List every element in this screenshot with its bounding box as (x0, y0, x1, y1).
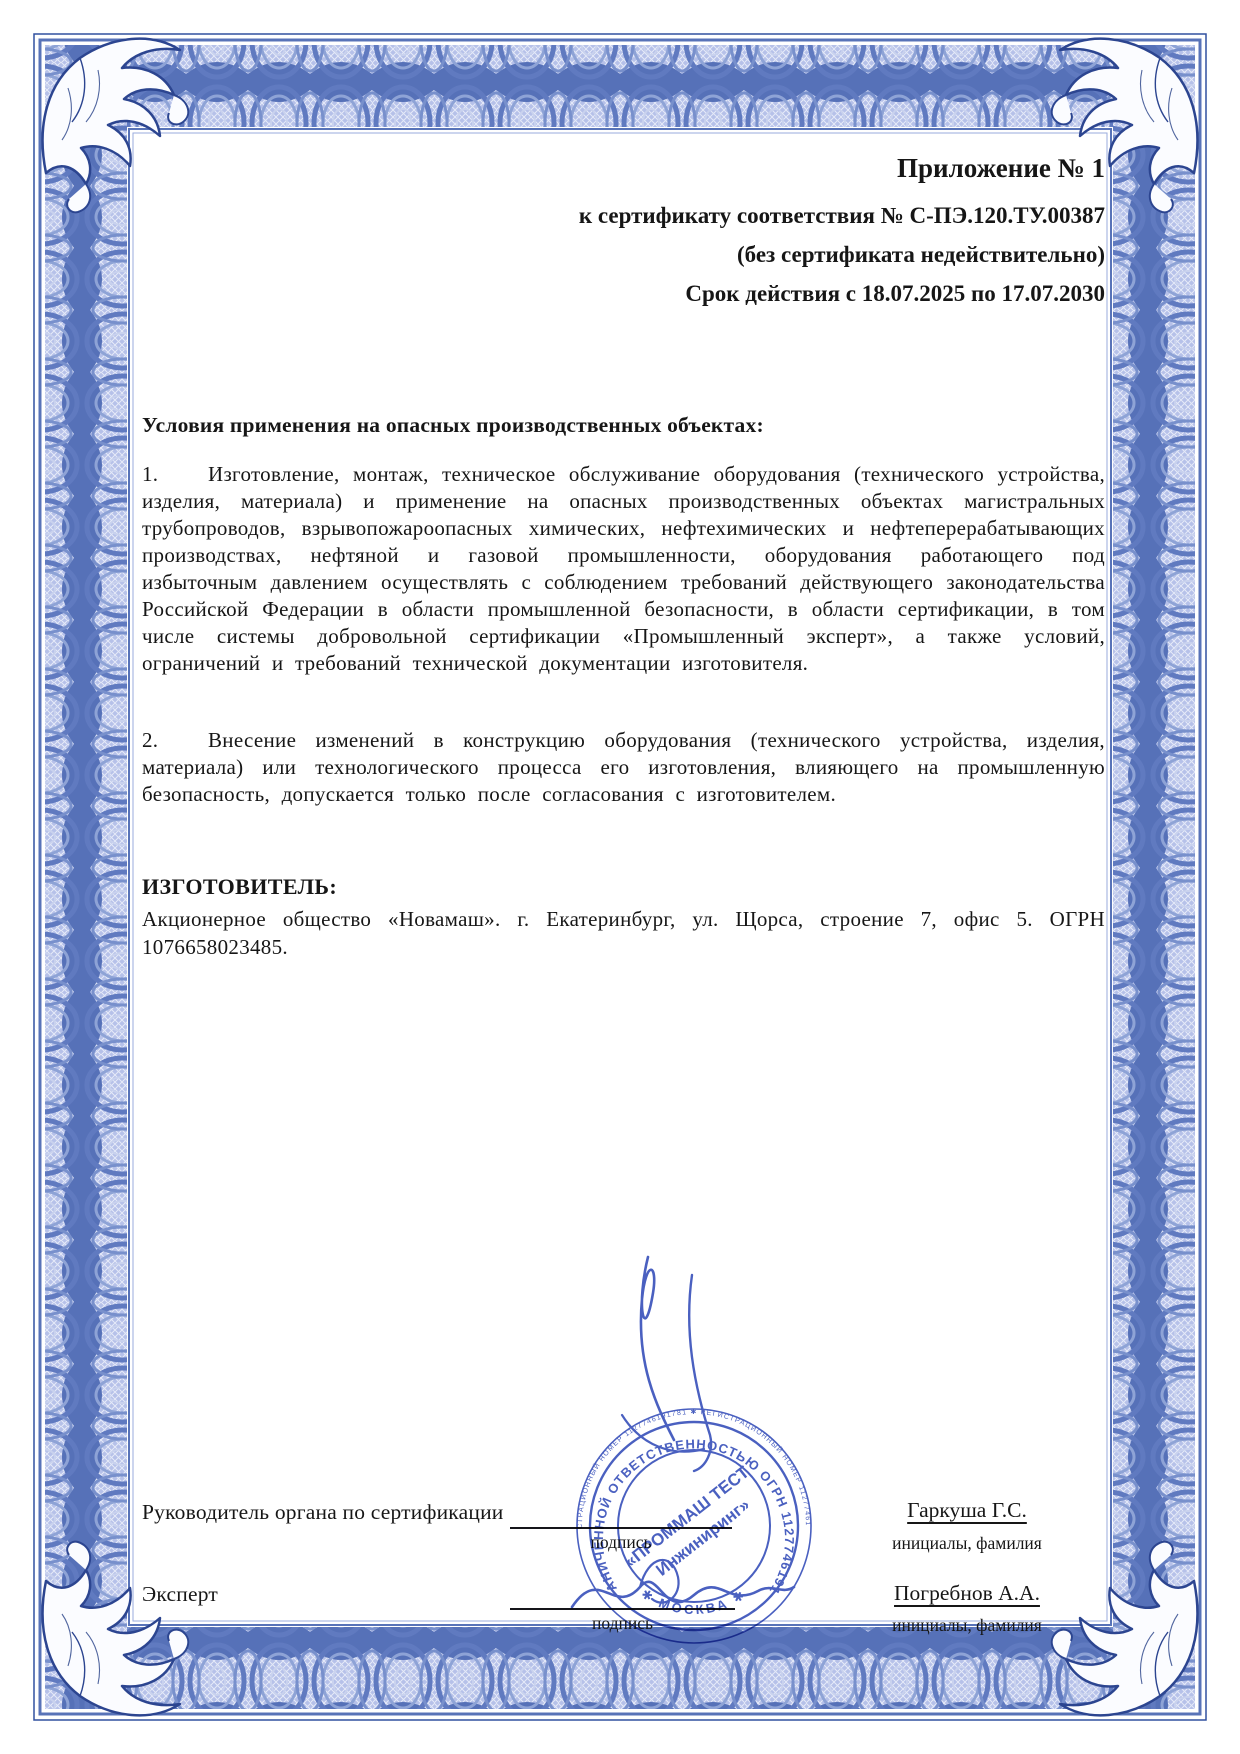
signature-row1-caption: подпись (510, 1532, 732, 1553)
certificate-reference: к сертификату соответствия № С-ПЭ.120.ТУ… (400, 196, 1105, 235)
manufacturer-heading: ИЗГОТОВИТЕЛЬ: (142, 874, 337, 900)
manufacturer-text: Акционерное общество «Новамаш». г. Екате… (142, 905, 1105, 961)
signature-row2-caption: подпись (510, 1613, 735, 1634)
condition-1-text: Изготовление, монтаж, техническое обслуж… (142, 462, 1105, 675)
validity-note: (без сертификата недействительно) (400, 235, 1105, 274)
signature-row2-line (510, 1608, 735, 1610)
signature-row1-name: Гаркуша Г.С. (862, 1498, 1072, 1523)
signature-row2-name-caption: инициалы, фамилия (862, 1615, 1072, 1636)
condition-item-2: 2.Внесение изменений в конструкцию обору… (142, 727, 1105, 808)
condition-2-text: Внесение изменений в конструкцию оборудо… (142, 728, 1105, 806)
certificate-appendix-page: Приложение № 1 к сертификату соответстви… (0, 0, 1240, 1754)
signature-row2-label: Эксперт (142, 1582, 218, 1607)
header-block: Приложение № 1 к сертификату соответстви… (400, 150, 1105, 313)
condition-2-number: 2. (142, 727, 208, 754)
appendix-title: Приложение № 1 (400, 150, 1105, 186)
validity-period: Срок действия с 18.07.2025 по 17.07.2030 (400, 274, 1105, 313)
document-content: Приложение № 1 к сертификату соответстви… (0, 0, 1240, 1754)
signature-row2-name: Погребнов А.А. (862, 1581, 1072, 1606)
condition-1-number: 1. (142, 461, 208, 488)
signature-row1-label: Руководитель органа по сертификации (142, 1500, 504, 1525)
signature-row1-line (510, 1527, 732, 1529)
condition-item-1: 1.Изготовление, монтаж, техническое обсл… (142, 461, 1105, 677)
conditions-heading: Условия применения на опасных производст… (142, 413, 1105, 438)
signature-row1-name-caption: инициалы, фамилия (862, 1533, 1072, 1554)
